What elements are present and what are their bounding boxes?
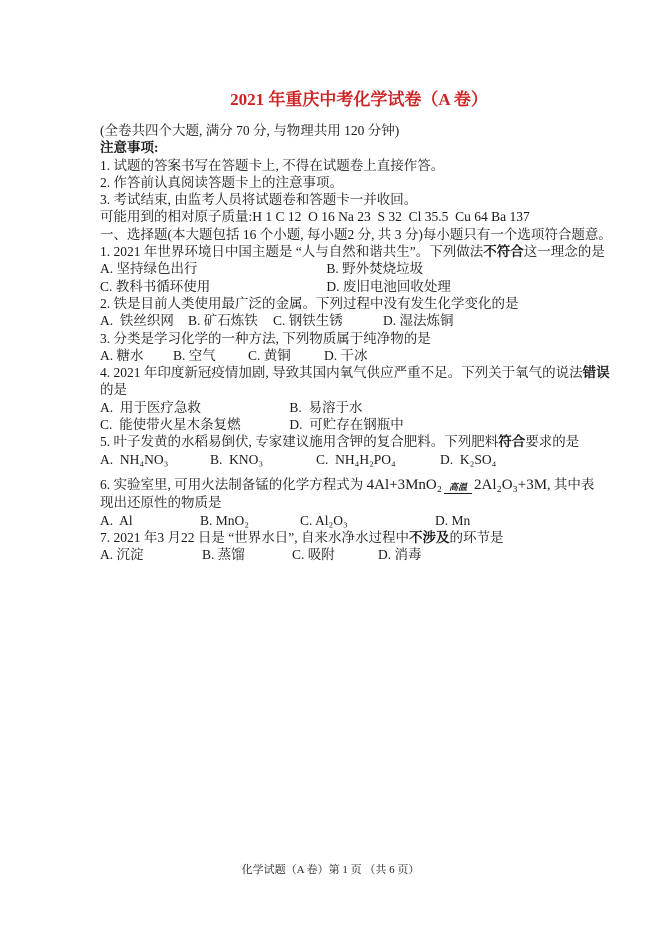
reaction-arrow: 高温 — [442, 482, 474, 494]
stem-text: 6. 实验室里, 可用火法制备锰的化学方程式为 — [100, 477, 367, 492]
question-3-stem: 3. 分类是学习化学的一种方法, 下列物质属于纯净物的是 — [100, 330, 562, 347]
chemical-equation: 4Al+3MnO₂高温2Al₂O₃+3M — [367, 477, 547, 493]
option-d: D. 废旧电池回收处理 — [326, 278, 562, 295]
page-title: 2021 年重庆中考化学试卷（A 卷） — [100, 0, 562, 110]
option-c: C. 黄铜 — [248, 347, 324, 364]
question-4-stem-line2: 的是 — [100, 381, 562, 398]
option-a: A. 糖水 — [100, 347, 173, 364]
atomic-mass-line: 可能用到的相对原子质量:H 1 C 12 O 16 Na 23 S 32 Cl … — [100, 208, 562, 225]
question-1-stem: 1. 2021 年世界环境日中国主题是 “人与自然和谐共生”。下列做法不符合这一… — [100, 243, 562, 260]
exam-paper-page: 2021 年重庆中考化学试卷（A 卷） (全卷共四个大题, 满分 70 分, 与… — [0, 0, 661, 935]
question-7-options: A. 沉淀 B. 蒸馏 C. 吸附 D. 消毒 — [100, 546, 562, 563]
question-2-options: A. 铁丝织网 B. 矿石炼铁 C. 钢铁生锈 D. 湿法炼铜 — [100, 312, 562, 329]
option-b: B. 矿石炼铁 — [188, 312, 273, 329]
notice-item-1: 1. 试题的答案书写在答题卡上, 不得在试题卷上直接作答。 — [100, 157, 562, 174]
question-5-stem: 5. 叶子发黄的水稻易倒伏, 专家建议施用含钾的复合肥料。下列肥料符合要求的是 — [100, 433, 562, 450]
stem-emphasis: 符合 — [498, 434, 525, 449]
stem-text: 4. 2021 年印度新冠疫情加剧, 导致其国内氧气供应严重不足。下列关于氧气的… — [100, 365, 583, 380]
question-3-options: A. 糖水 B. 空气 C. 黄铜 D. 干冰 — [100, 347, 562, 364]
stem-emphasis: 不涉及 — [409, 530, 450, 545]
option-b: B. 野外焚烧垃圾 — [326, 260, 562, 277]
option-a: A. 沉淀 — [100, 546, 202, 563]
stem-text: 7. 2021 年3 月22 日是 “世界水日”, 自来水净水过程中 — [100, 530, 409, 545]
option-d: D. 干冰 — [324, 347, 562, 364]
stem-text: 这一理念的是 — [524, 244, 605, 259]
option-b: B. KNO₃ — [210, 451, 316, 468]
section-heading: 一、选择题(本大题包括 16 个小题, 每小题2 分, 共 3 分)每小题只有一… — [100, 226, 562, 243]
stem-text: 3. 分类是学习化学的一种方法, 下列物质属于纯净物的是 — [100, 331, 431, 346]
reaction-condition: 高温 — [444, 482, 472, 494]
question-6-stem-line2: 现出还原性的物质是 — [100, 494, 562, 511]
option-a: A. 坚持绿色出行 — [100, 260, 326, 277]
equation-right: 2Al₂O₃+3M — [474, 477, 547, 493]
stem-text: , 其中表 — [547, 477, 594, 492]
question-2-stem: 2. 铁是目前人类使用最广泛的金属。下列过程中没有发生化学变化的是 — [100, 295, 562, 312]
stem-text: 要求的是 — [525, 434, 579, 449]
option-c: C. 吸附 — [292, 546, 378, 563]
question-5: 5. 叶子发黄的水稻易倒伏, 专家建议施用含钾的复合肥料。下列肥料符合要求的是 … — [100, 433, 562, 468]
option-d: D. K₂SO₄ — [440, 451, 562, 468]
question-7: 7. 2021 年3 月22 日是 “世界水日”, 自来水净水过程中不涉及的环节… — [100, 529, 562, 564]
option-b: B. 空气 — [173, 347, 248, 364]
question-4-stem: 4. 2021 年印度新冠疫情加剧, 导致其国内氧气供应严重不足。下列关于氧气的… — [100, 364, 562, 381]
stem-emphasis: 不符合 — [483, 244, 524, 259]
option-a: A. Al — [100, 512, 200, 529]
equation-left: 4Al+3MnO₂ — [367, 477, 442, 493]
page-content: 2021 年重庆中考化学试卷（A 卷） (全卷共四个大题, 满分 70 分, 与… — [100, 0, 562, 563]
question-1-options: A. 坚持绿色出行 B. 野外焚烧垃圾 C. 教科书循环使用 D. 废旧电池回收… — [100, 260, 562, 295]
question-6: 6. 实验室里, 可用火法制备锰的化学方程式为 4Al+3MnO₂高温2Al₂O… — [100, 476, 562, 529]
notice-item-3: 3. 考试结束, 由监考人员将试题卷和答题卡一并收回。 — [100, 191, 562, 208]
stem-text: 5. 叶子发黄的水稻易倒伏, 专家建议施用含钾的复合肥料。下列肥料 — [100, 434, 498, 449]
notice-item-2: 2. 作答前认真阅读答题卡上的注意事项。 — [100, 174, 562, 191]
option-d: D. 湿法炼铜 — [383, 312, 562, 329]
option-a: A. 用于医疗急救 — [100, 399, 289, 416]
stem-emphasis: 错误 — [583, 365, 610, 380]
question-5-options: A. NH₄NO₃ B. KNO₃ C. NH₄H₂PO₄ D. K₂SO₄ — [100, 451, 562, 468]
option-b: B. 易溶于水 — [289, 399, 562, 416]
page-footer: 化学试题（A 卷）第 1 页 （共 6 页） — [0, 861, 661, 877]
stem-text: 的环节是 — [449, 530, 503, 545]
option-b: B. MnO₂ — [200, 512, 300, 529]
option-c: C. Al₂O₃ — [300, 512, 435, 529]
question-2: 2. 铁是目前人类使用最广泛的金属。下列过程中没有发生化学变化的是 A. 铁丝织… — [100, 295, 562, 330]
option-c: C. 钢铁生锈 — [273, 312, 383, 329]
option-d: D. 消毒 — [378, 546, 562, 563]
option-a: A. NH₄NO₃ — [100, 451, 210, 468]
option-b: B. 蒸馏 — [202, 546, 292, 563]
question-4-options: A. 用于医疗急救 B. 易溶于水 C. 能使带火星木条复燃 D. 可贮存在钢瓶… — [100, 399, 562, 434]
question-3: 3. 分类是学习化学的一种方法, 下列物质属于纯净物的是 A. 糖水 B. 空气… — [100, 330, 562, 365]
option-c: C. 教科书循环使用 — [100, 278, 326, 295]
stem-text: 2. 铁是目前人类使用最广泛的金属。下列过程中没有发生化学变化的是 — [100, 296, 519, 311]
question-6-options: A. Al B. MnO₂ C. Al₂O₃ D. Mn — [100, 512, 562, 529]
exam-meta-line: (全卷共四个大题, 满分 70 分, 与物理共用 120 分钟) — [100, 122, 562, 139]
question-6-stem: 6. 实验室里, 可用火法制备锰的化学方程式为 4Al+3MnO₂高温2Al₂O… — [100, 476, 562, 494]
notice-heading: 注意事项: — [100, 139, 562, 156]
question-7-stem: 7. 2021 年3 月22 日是 “世界水日”, 自来水净水过程中不涉及的环节… — [100, 529, 562, 546]
question-4: 4. 2021 年印度新冠疫情加剧, 导致其国内氧气供应严重不足。下列关于氧气的… — [100, 364, 562, 433]
option-c: C. 能使带火星木条复燃 — [100, 416, 289, 433]
option-a: A. 铁丝织网 — [100, 312, 188, 329]
option-d: D. 可贮存在钢瓶中 — [289, 416, 562, 433]
stem-text: 1. 2021 年世界环境日中国主题是 “人与自然和谐共生”。下列做法 — [100, 244, 483, 259]
option-c: C. NH₄H₂PO₄ — [316, 451, 440, 468]
question-1: 1. 2021 年世界环境日中国主题是 “人与自然和谐共生”。下列做法不符合这一… — [100, 243, 562, 295]
option-d: D. Mn — [435, 512, 562, 529]
